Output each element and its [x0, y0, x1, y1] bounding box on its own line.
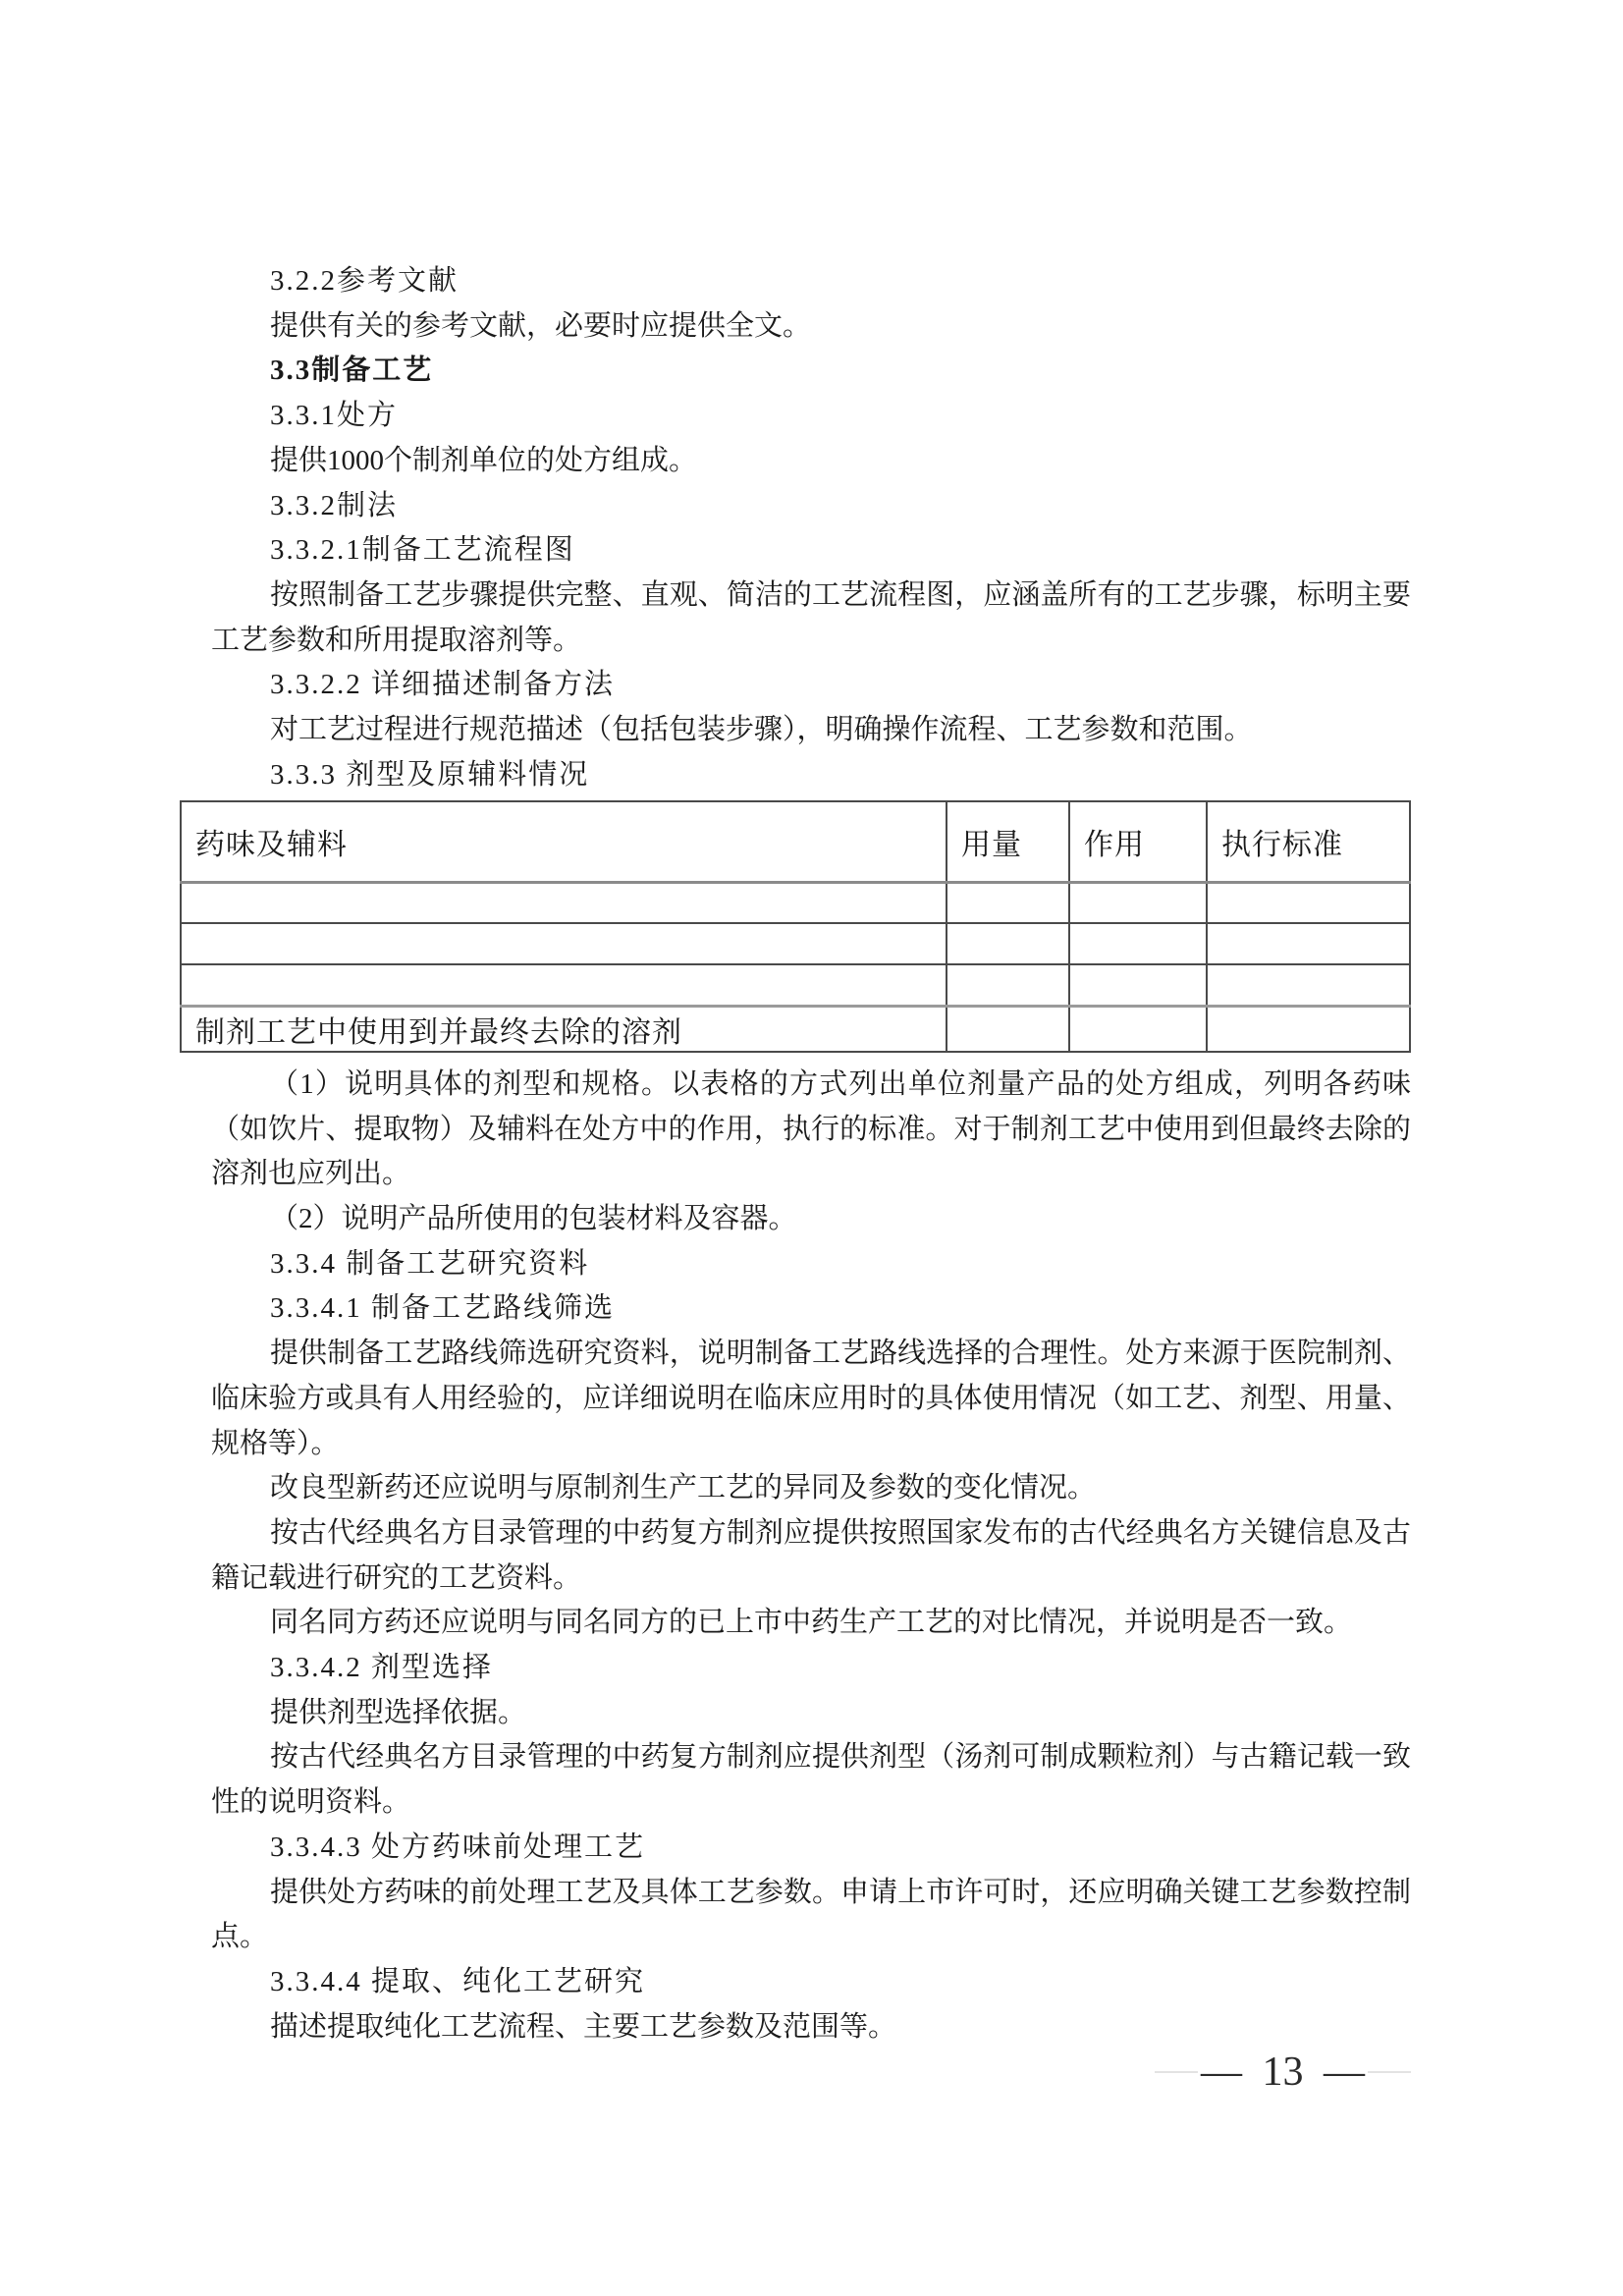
body-paragraph: 按古代经典名方目录管理的中药复方制剂应提供剂型（汤剂可制成颗粒剂）与古籍记载一致…	[211, 1735, 1411, 1825]
body-paragraph: 提供1000个制剂单位的处方组成。	[211, 439, 1411, 484]
table-header-cell: 作用	[1069, 801, 1207, 882]
table-row	[181, 964, 1410, 1006]
document-body: 3.2.2参考文献 提供有关的参考文献，必要时应提供全文。 3.3制备工艺 3.…	[211, 259, 1411, 2050]
section-heading: 3.3制备工艺	[211, 349, 1411, 394]
page-number: — 13 —	[1201, 2050, 1365, 2094]
section-heading: 3.3.4.3 处方药味前处理工艺	[211, 1826, 1411, 1871]
page-footer: — 13 —	[1155, 2050, 1411, 2094]
body-paragraph: 提供处方药味的前处理工艺及具体工艺参数。申请上市许可时，还应明确关键工艺参数控制…	[211, 1871, 1411, 1960]
table-cell	[1069, 1006, 1207, 1052]
body-paragraph: 描述提取纯化工艺流程、主要工艺参数及范围等。	[211, 2005, 1411, 2050]
table-cell: 制剂工艺中使用到并最终去除的溶剂	[181, 1006, 947, 1052]
table-cell	[181, 923, 947, 964]
formulation-table: 药味及辅料 用量 作用 执行标准	[180, 800, 1411, 1053]
table-cell	[181, 964, 947, 1006]
table-header-cell: 执行标准	[1207, 801, 1410, 882]
table-header-cell: 药味及辅料	[181, 801, 947, 882]
section-heading: 3.2.2参考文献	[211, 259, 1411, 304]
table-cell	[1207, 882, 1410, 923]
section-heading: 3.3.1处方	[211, 394, 1411, 439]
section-heading: 3.3.4.2 剂型选择	[211, 1646, 1411, 1691]
section-heading: 3.3.3 剂型及原辅料情况	[211, 753, 1411, 798]
table-cell	[1069, 964, 1207, 1006]
table-row	[181, 923, 1410, 964]
table-header-cell: 用量	[947, 801, 1069, 882]
body-paragraph: （2）说明产品所使用的包装材料及容器。	[211, 1197, 1411, 1242]
body-paragraph: 按古代经典名方目录管理的中药复方制剂应提供按照国家发布的古代经典名方关键信息及古…	[211, 1511, 1411, 1601]
body-paragraph: 提供制备工艺路线筛选研究资料，说明制备工艺路线选择的合理性。处方来源于医院制剂、…	[211, 1332, 1411, 1466]
document-page: 3.2.2参考文献 提供有关的参考文献，必要时应提供全文。 3.3制备工艺 3.…	[0, 0, 1623, 2296]
section-heading: 3.3.4 制备工艺研究资料	[211, 1242, 1411, 1287]
table-cell	[947, 882, 1069, 923]
table-cell	[947, 923, 1069, 964]
section-heading: 3.3.2制法	[211, 484, 1411, 529]
table-cell	[1207, 1006, 1410, 1052]
body-paragraph: 对工艺过程进行规范描述（包括包装步骤），明确操作流程、工艺参数和范围。	[211, 708, 1411, 753]
table-cell	[947, 1006, 1069, 1052]
footer-rule-right	[1368, 2071, 1411, 2073]
section-heading: 3.3.2.2 详细描述制备方法	[211, 663, 1411, 708]
body-paragraph: 同名同方药还应说明与同名同方的已上市中药生产工艺的对比情况，并说明是否一致。	[211, 1601, 1411, 1646]
table-cell	[1207, 964, 1410, 1006]
section-heading: 3.3.4.1 制备工艺路线筛选	[211, 1286, 1411, 1332]
table-cell	[947, 964, 1069, 1006]
section-heading: 3.3.4.4 提取、纯化工艺研究	[211, 1960, 1411, 2005]
body-paragraph: 提供剂型选择依据。	[211, 1691, 1411, 1736]
table-cell	[1207, 923, 1410, 964]
body-paragraph: 改良型新药还应说明与原制剂生产工艺的异同及参数的变化情况。	[211, 1466, 1411, 1511]
table-cell	[1069, 882, 1207, 923]
table-header-row: 药味及辅料 用量 作用 执行标准	[181, 801, 1410, 882]
table-cell	[1069, 923, 1207, 964]
table-row: 制剂工艺中使用到并最终去除的溶剂	[181, 1006, 1410, 1052]
section-heading: 3.3.2.1制备工艺流程图	[211, 528, 1411, 574]
body-paragraph: （1）说明具体的剂型和规格。以表格的方式列出单位剂量产品的处方组成，列明各药味（…	[211, 1063, 1411, 1197]
table-cell	[181, 882, 947, 923]
table-row	[181, 882, 1410, 923]
footer-rule-left	[1155, 2071, 1198, 2073]
body-paragraph: 提供有关的参考文献，必要时应提供全文。	[211, 304, 1411, 350]
body-paragraph: 按照制备工艺步骤提供完整、直观、简洁的工艺流程图，应涵盖所有的工艺步骤，标明主要…	[211, 574, 1411, 663]
